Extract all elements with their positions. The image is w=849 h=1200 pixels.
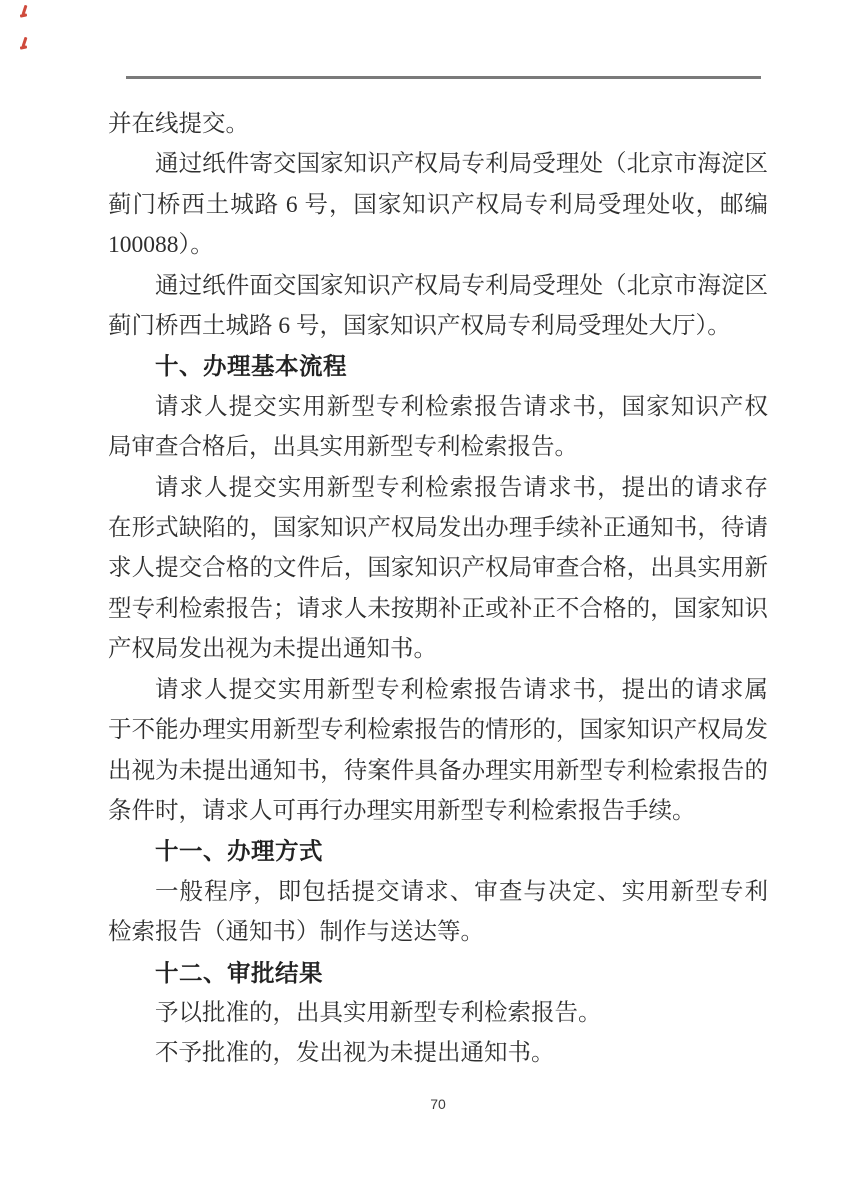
text-line: 不予批准的，发出视为未提出通知书。 <box>108 1033 768 1073</box>
section-heading: 十、办理基本流程 <box>108 346 768 386</box>
text-line: 蓟门桥西土城路 6 号，国家知识产权局专利局受理处大厅）。 <box>108 306 768 346</box>
page-number: 70 <box>108 1096 768 1112</box>
red-corner-mark-icon <box>20 5 32 19</box>
text-line: 产权局发出视为未提出通知书。 <box>108 629 768 669</box>
text-line: 于不能办理实用新型专利检索报告的情形的，国家知识产权局发 <box>108 710 768 750</box>
text-line: 局审查合格后，出具实用新型专利检索报告。 <box>108 427 768 467</box>
text-line: 求人提交合格的文件后，国家知识产权局审查合格，出具实用新 <box>108 548 768 588</box>
text-line: 并在线提交。 <box>108 104 768 144</box>
text-line: 型专利检索报告；请求人未按期补正或补正不合格的，国家知识 <box>108 589 768 629</box>
text-line: 一般程序，即包括提交请求、审查与决定、实用新型专利 <box>108 872 768 912</box>
text-line: 请求人提交实用新型专利检索报告请求书，提出的请求存 <box>108 468 768 508</box>
text-line: 请求人提交实用新型专利检索报告请求书，提出的请求属 <box>108 670 768 710</box>
section-heading: 十一、办理方式 <box>108 831 768 871</box>
document-body: 并在线提交。通过纸件寄交国家知识产权局专利局受理处（北京市海淀区蓟门桥西土城路 … <box>108 104 768 1074</box>
text-line: 条件时，请求人可再行办理实用新型专利检索报告手续。 <box>108 791 768 831</box>
text-line: 请求人提交实用新型专利检索报告请求书，国家知识产权 <box>108 387 768 427</box>
header-rule <box>126 76 761 79</box>
text-line: 蓟门桥西土城路 6 号，国家知识产权局专利局受理处收，邮编 <box>108 185 768 225</box>
text-line: 出视为未提出通知书，待案件具备办理实用新型专利检索报告的 <box>108 751 768 791</box>
red-corner-mark-icon <box>20 37 32 51</box>
text-line: 100088）。 <box>108 225 768 265</box>
text-line: 在形式缺陷的，国家知识产权局发出办理手续补正通知书，待请 <box>108 508 768 548</box>
text-line: 予以批准的，出具实用新型专利检索报告。 <box>108 993 768 1033</box>
section-heading: 十二、审批结果 <box>108 953 768 993</box>
text-line: 通过纸件面交国家知识产权局专利局受理处（北京市海淀区 <box>108 266 768 306</box>
text-line: 检索报告（通知书）制作与送达等。 <box>108 912 768 952</box>
document-page: 并在线提交。通过纸件寄交国家知识产权局专利局受理处（北京市海淀区蓟门桥西土城路 … <box>0 0 849 1200</box>
text-line: 通过纸件寄交国家知识产权局专利局受理处（北京市海淀区 <box>108 144 768 184</box>
